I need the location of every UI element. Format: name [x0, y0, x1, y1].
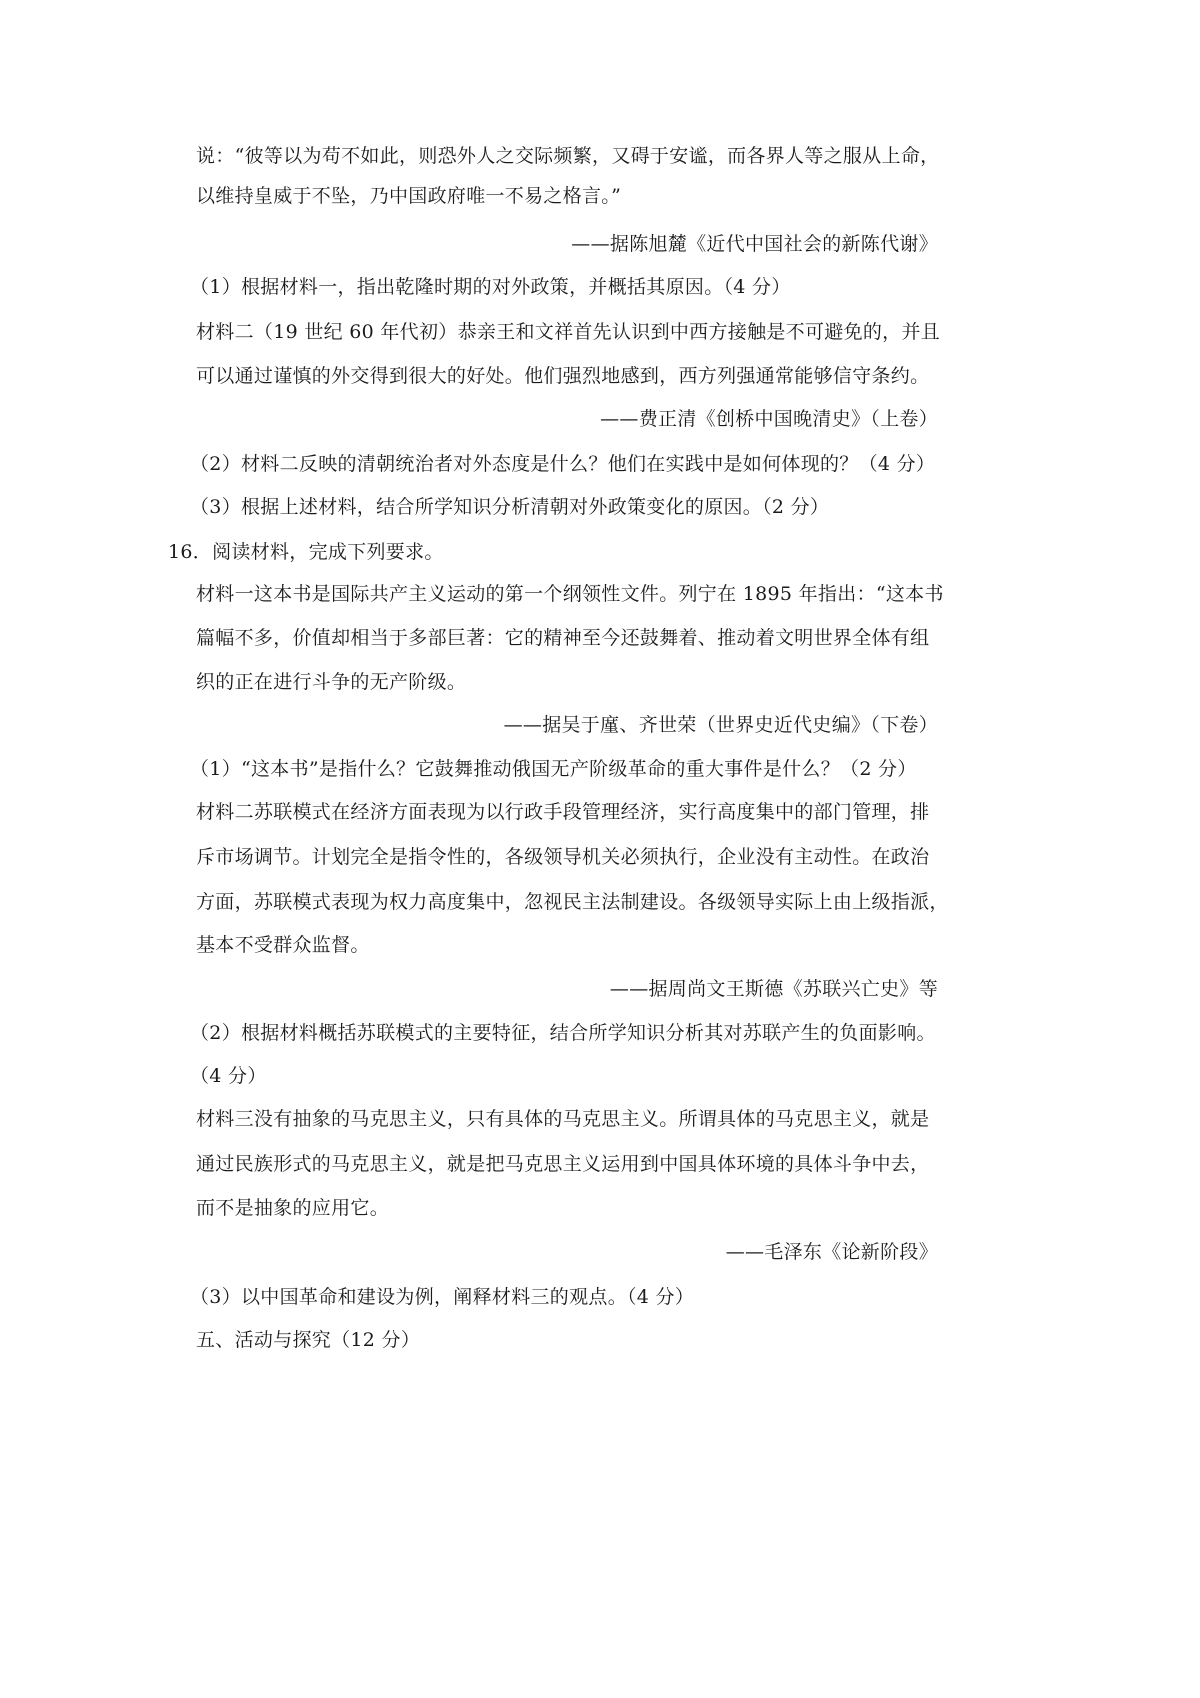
q16-material3-source: ——毛泽东《论新阶段》 [726, 1240, 938, 1264]
q16-question3: （3）以中国革命和建设为例，阐释材料三的观点。（4 分） [190, 1285, 694, 1309]
q16-material1-line: 织的正在进行斗争的无产阶级。 [196, 670, 466, 694]
q16-material2-line: 材料二苏联模式在经济方面表现为以行政手段管理经济，实行高度集中的部门管理，排 [196, 800, 929, 824]
q15-material2-line: 材料二（19 世纪 60 年代初）恭亲王和文祥首先认识到中西方接触是不可避免的，… [196, 320, 940, 344]
q15-material1-line: 以维持皇威于不坠，乃中国政府唯一不易之格言。” [196, 184, 621, 208]
q16-question2-line: （2）根据材料概括苏联模式的主要特征，结合所学知识分析其对苏联产生的负面影响。 [190, 1021, 936, 1045]
q16-material2-line: 基本不受群众监督。 [196, 933, 370, 957]
q16-heading: 16．阅读材料，完成下列要求。 [168, 540, 444, 564]
q16-material3-line: 而不是抽象的应用它。 [196, 1196, 389, 1220]
q16-material2-line: 方面，苏联模式表现为权力高度集中，忽视民主法制建设。各级领导实际上由上级指派， [196, 890, 949, 914]
q15-material1-source: ——据陈旭麓《近代中国社会的新陈代谢》 [571, 232, 938, 256]
section5-heading: 五、活动与探究（12 分） [196, 1328, 420, 1352]
q16-material2-line: 斥市场调节。计划完全是指令性的，各级领导机关必须执行，企业没有主动性。在政治 [196, 845, 929, 869]
q15-question1: （1）根据材料一，指出乾隆时期的对外政策，并概括其原因。（4 分） [190, 275, 791, 299]
q15-material2-source: ——费正清《创桥中国晚清史》（上卷） [600, 407, 938, 431]
q16-material1-source: ——据吴于廑、齐世荣（世界史近代史编》（下卷） [504, 713, 938, 737]
q15-question2: （2）材料二反映的清朝统治者对外态度是什么？他们在实践中是如何体现的？（4 分） [190, 452, 935, 476]
q15-material2-line: 可以通过谨慎的外交得到很大的好处。他们强烈地感到，西方列强通常能够信守条约。 [196, 364, 929, 388]
q15-material1-line: 说：“彼等以为苟不如此，则恐外人之交际频繁，又碍于安谧，而各界人等之服从上命， [196, 144, 939, 168]
q16-material1-line: 篇幅不多，价值却相当于多部巨著：它的精神至今还鼓舞着、推动着文明世界全体有组 [196, 626, 929, 650]
q15-question3: （3）根据上述材料，结合所学知识分析清朝对外政策变化的原因。（2 分） [190, 495, 829, 519]
q16-question1: （1）“这本书”是指什么？它鼓舞推动俄国无产阶级革命的重大事件是什么？（2 分） [190, 757, 917, 781]
q16-material3-line: 通过民族形式的马克思主义，就是把马克思主义运用到中国具体环境的具体斗争中去， [196, 1152, 929, 1176]
q16-material2-source: ——据周尚文王斯德《苏联兴亡史》等 [610, 977, 938, 1001]
q16-question2-line: （4 分） [190, 1064, 267, 1088]
q16-material1-line: 材料一这本书是国际共产主义运动的第一个纲领性文件。列宁在 1895 年指出：“这… [196, 582, 944, 606]
q16-material3-line: 材料三没有抽象的马克思主义，只有具体的马克思主义。所谓具体的马克思主义，就是 [196, 1107, 929, 1131]
exam-page: 说：“彼等以为苟不如此，则恐外人之交际频繁，又碍于安谧，而各界人等之服从上命， … [0, 0, 1200, 1698]
